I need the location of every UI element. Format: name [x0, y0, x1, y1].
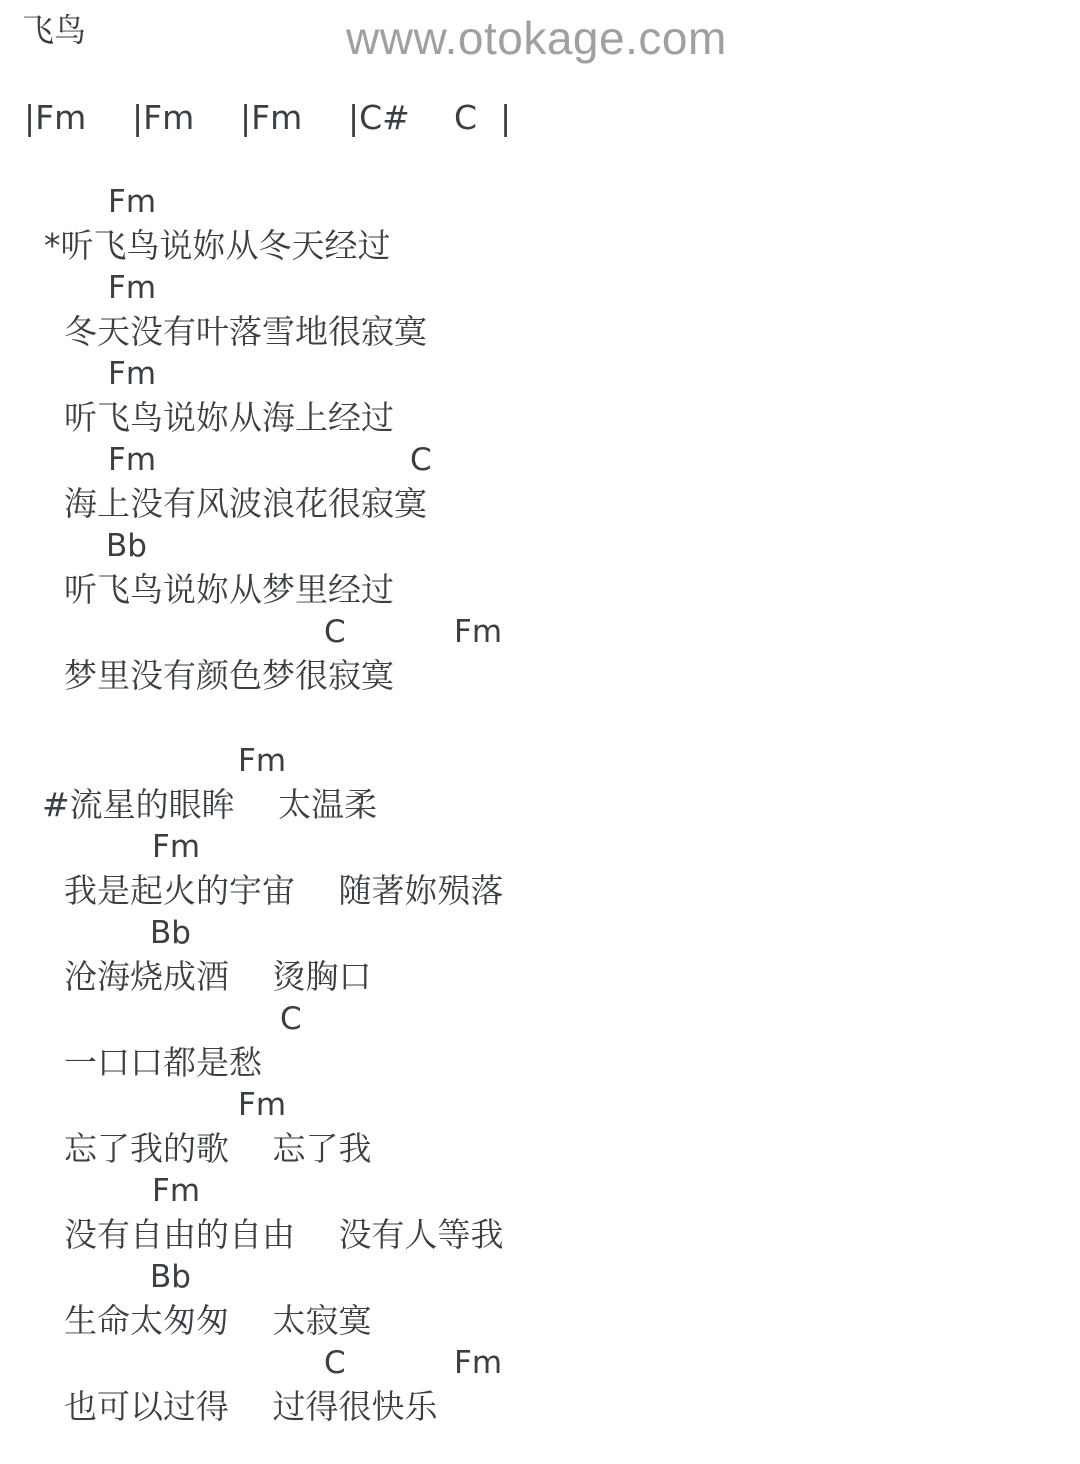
lyric-line: 我是起火的宇宙 随著妳殒落: [64, 869, 504, 913]
chord-label: Fm: [152, 829, 200, 865]
chord-label: Bb: [150, 915, 191, 951]
lyric-line: 听飞鸟说妳从梦里经过: [64, 568, 394, 612]
intro-bar-chord: |C#: [348, 96, 410, 140]
lyric-line: 海上没有风波浪花很寂寞: [64, 482, 427, 526]
chord-label: Fm: [108, 184, 156, 220]
lyric-line: 生命太匆匆 太寂寞: [64, 1299, 372, 1343]
chord-label: Fm: [108, 356, 156, 392]
intro-bar-chord: |: [500, 96, 511, 140]
lyric-line: 冬天没有叶落雪地很寂寞: [64, 310, 427, 354]
chord-label: C: [324, 614, 346, 650]
intro-bar-chord: C: [454, 96, 477, 140]
chord-label: Fm: [238, 743, 286, 779]
chord-label: C: [280, 1001, 302, 1037]
intro-bar-chord: |Fm: [24, 96, 86, 140]
lyric-line: 沧海烧成酒 烫胸口: [64, 955, 372, 999]
chord-label: Fm: [108, 442, 156, 478]
site-watermark: www.otokage.com: [346, 12, 727, 64]
chord-label: C: [324, 1345, 346, 1381]
lyric-line: 一口口都是愁: [64, 1041, 262, 1085]
song-title: 飞鸟: [22, 10, 86, 50]
chord-label: Fm: [108, 270, 156, 306]
chord-label: Fm: [454, 614, 502, 650]
intro-bar-chord: |Fm: [240, 96, 302, 140]
chord-label: Fm: [238, 1087, 286, 1123]
lyric-line: 也可以过得 过得很快乐: [64, 1385, 438, 1429]
chord-label: Fm: [152, 1173, 200, 1209]
lyric-line: 梦里没有颜色梦很寂寞: [64, 654, 394, 698]
lyric-line: *听飞鸟说妳从冬天经过: [44, 224, 391, 268]
chord-label: Bb: [106, 528, 147, 564]
chord-label: C: [410, 442, 432, 478]
lyric-line: 听飞鸟说妳从海上经过: [64, 396, 394, 440]
intro-bar-chord: |Fm: [132, 96, 194, 140]
lyric-line: #流星的眼眸 太温柔: [42, 783, 377, 827]
chord-label: Bb: [150, 1259, 191, 1295]
chord-label: Fm: [454, 1345, 502, 1381]
lyric-line: 没有自由的自由 没有人等我: [64, 1213, 504, 1257]
lyric-line: 忘了我的歌 忘了我: [64, 1127, 372, 1171]
